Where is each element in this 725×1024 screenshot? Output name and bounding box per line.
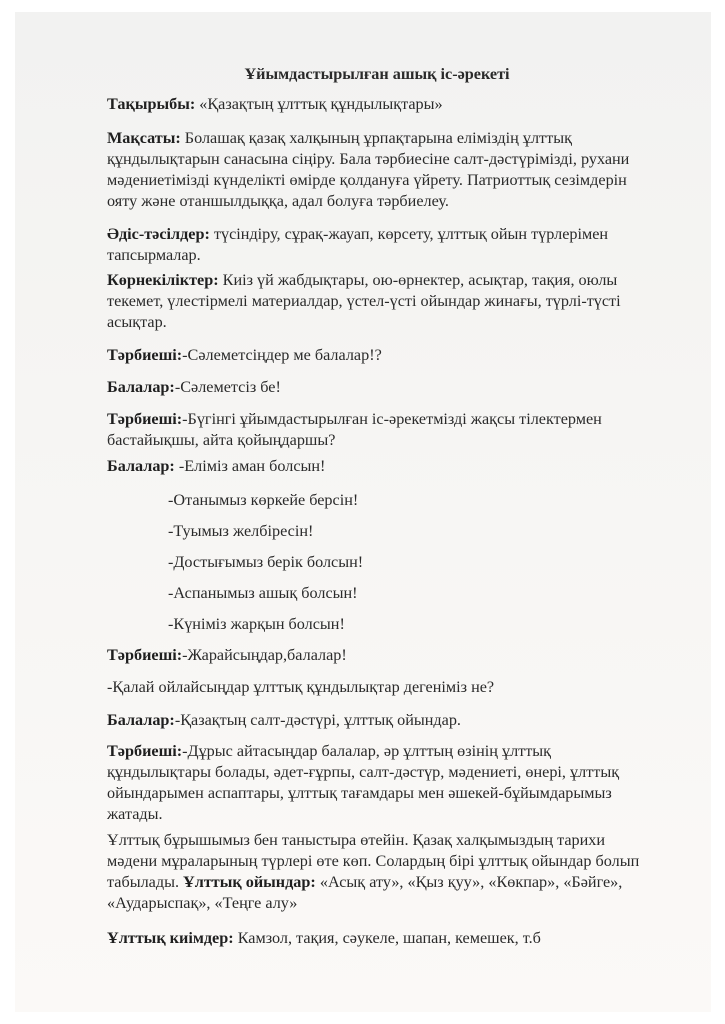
corner-line: мәдени мұраларының түрлері өте көп. Сола… [107,851,667,872]
dialogue-line: Тәрбиеші:-Бүгінгі ұйымдастырылған іс-әре… [107,409,667,451]
speaker-label: Тәрбиеші: [107,646,182,664]
clothes-paragraph: Ұлттық киімдер: Камзол, тақия, сәукеле, … [107,928,667,949]
visuals-line: текемет, үлестірмелі материалдар, үстел-… [107,291,667,312]
dialogue-line: Балалар: -Еліміз аман болсын! [107,456,667,477]
speech-text: -Бүгінгі ұйымдастырылған іс-әрекетмізді … [182,410,602,428]
dialogue-line: -Қалай ойлайсыңдар ұлттық құндылықтар де… [107,677,667,698]
corner-line: табылады. [107,873,183,891]
visuals-label: Көрнекіліктер: [107,271,219,289]
topic-paragraph: Тақырыбы: «Қазақтың ұлттық құндылықтары» [107,94,667,115]
dialogue-line: Тәрбиеші:-Сәлеметсіңдер ме балалар!? [107,345,667,366]
topic-text: «Қазақтың ұлттық құндылықтары» [195,95,442,113]
goal-line: мәдениетімізді күнделікті өмірде қолдану… [107,170,667,191]
methods-label: Әдіс-тәсілдер: [107,225,210,243]
speaker-label: Балалар: [107,378,175,396]
speech-text: -Еліміз аман болсын! [175,457,326,475]
dialogue-line: Балалар:-Сәлеметсіз бе! [107,377,667,398]
national-clothes-label: Ұлттық киімдер: [107,929,234,947]
national-games-label: Ұлттық ойындар: [183,873,316,891]
methods-line: тапсырмалар. [107,245,667,266]
wish-line: -Туымыз желбіресін! [168,521,725,542]
national-games-text: «Асық ату», «Қыз қуу», «Көкпар», «Бәйге»… [316,873,623,891]
goal-line: құндылықтарын санасына сіңіру. Бала тәрб… [107,149,667,170]
speech-text: -Жарайсыңдар,балалар! [182,646,347,664]
dialogue-line: Тәрбиеші:-Жарайсыңдар,балалар! [107,645,667,666]
national-games-text: «Аударыспақ», «Теңге алу» [107,893,667,914]
speech-text: -Қалай ойлайсыңдар ұлттық құндылықтар де… [107,678,494,696]
speech-text: жатады. [107,804,667,825]
speaker-label: Тәрбиеші: [107,410,182,428]
speech-text: құндылықтары болады, әдет-ғұрпы, салт-дә… [107,762,667,783]
wish-line: -Күніміз жарқын болсын! [168,614,725,635]
speaker-label: Тәрбиеші: [107,742,182,760]
goal-line: Болашақ қазақ халқының ұрпақтарына елімі… [181,129,572,147]
document-title: Ұйымдастырылған ашық іс-әрекеті [97,64,657,85]
corner-line: Ұлттық бұрышымыз бен таныстыра өтейін. Қ… [107,830,667,851]
speaker-label: Тәрбиеші: [107,346,182,364]
speech-text: ойындарымен аспаптары, ұлттық тағамдары … [107,783,667,804]
wish-line: -Достығымыз берік болсын! [168,552,725,573]
speech-text: бастайықшы, айта қойыңдаршы? [107,430,667,451]
goal-label: Мақсаты: [107,129,181,147]
speech-text: -Сәлеметсіз бе! [175,378,281,396]
wish-line: -Аспанымыз ашық болсын! [168,583,725,604]
methods-paragraph: Әдіс-тәсілдер: түсіндіру, сұрақ-жауап, к… [107,224,667,266]
speech-text: -Сәлеметсіңдер ме балалар!? [182,346,382,364]
national-corner-paragraph: Ұлттық бұрышымыз бен таныстыра өтейін. Қ… [107,830,667,914]
goal-line: ояту және отаншылдыққа, адал болуға тәрб… [107,191,667,212]
methods-line: түсіндіру, сұрақ-жауап, көрсету, ұлттық … [210,225,608,243]
dialogue-line: Тәрбиеші:-Дұрыс айтасыңдар балалар, әр ұ… [107,741,667,825]
speech-text: -Дұрыс айтасыңдар балалар, әр ұлттың өзі… [182,742,551,760]
dialogue-line: Балалар:-Қазақтың салт-дәстүрі, ұлттық о… [107,710,667,731]
speaker-label: Балалар: [107,711,175,729]
visuals-line: Киіз үй жабдықтары, ою-өрнектер, асықтар… [219,271,618,289]
speech-text: -Қазақтың салт-дәстүрі, ұлттық ойындар. [175,711,461,729]
goal-paragraph: Мақсаты: Болашақ қазақ халқының ұрпақтар… [107,128,667,212]
speaker-label: Балалар: [107,457,175,475]
visuals-line: асықтар. [107,312,667,333]
topic-label: Тақырыбы: [107,95,195,113]
visuals-paragraph: Көрнекіліктер: Киіз үй жабдықтары, ою-өр… [107,270,667,333]
wish-line: -Отанымыз көркейе берсін! [168,490,725,511]
national-clothes-text: Камзол, тақия, сәукеле, шапан, кемешек, … [234,929,541,947]
